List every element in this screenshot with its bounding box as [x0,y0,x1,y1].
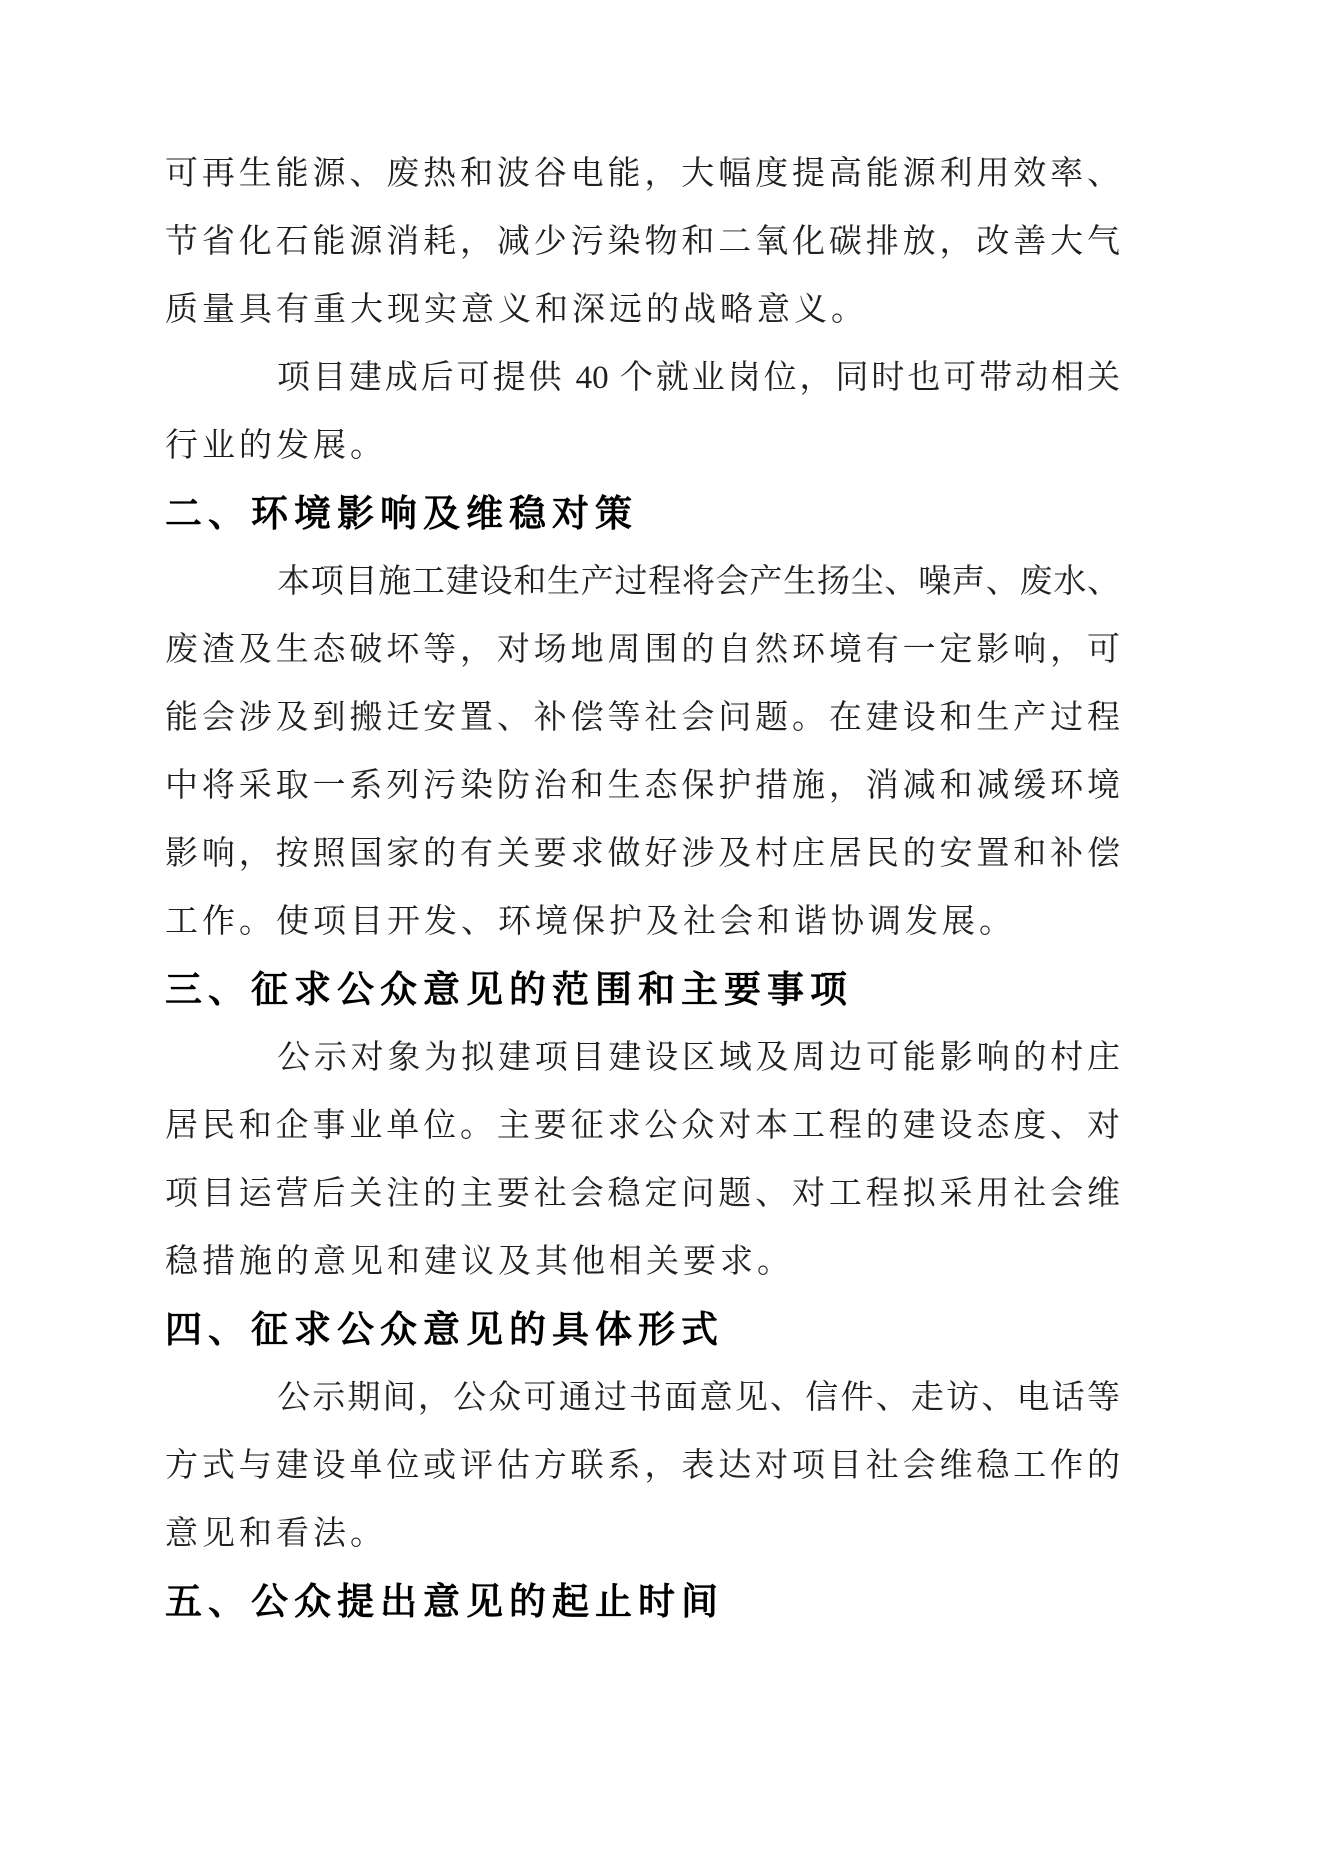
body-line: 质量具有重大现实意义和深远的战略意义。 [165,276,1120,344]
section-heading-5: 五、公众提出意见的起止时间 [165,1568,1120,1636]
body-line: 中将采取一系列污染防治和生态保护措施，消减和减缓环境 [165,752,1120,820]
body-line: 方式与建设单位或评估方联系，表达对项目社会维稳工作的 [165,1432,1120,1500]
body-line: 稳措施的意见和建议及其他相关要求。 [165,1228,1120,1296]
document-page: 可再生能源、废热和波谷电能，大幅度提高能源利用效率、 节省化石能源消耗，减少污染… [0,0,1322,1870]
body-line: 公示期间，公众可通过书面意见、信件、走访、电话等 [165,1364,1120,1432]
body-line: 影响，按照国家的有关要求做好涉及村庄居民的安置和补偿 [165,820,1120,888]
section-heading-3: 三、征求公众意见的范围和主要事项 [165,956,1120,1024]
body-line: 公示对象为拟建项目建设区域及周边可能影响的村庄 [165,1024,1120,1092]
body-line: 可再生能源、废热和波谷电能，大幅度提高能源利用效率、 [165,140,1120,208]
body-line: 工作。使项目开发、环境保护及社会和谐协调发展。 [165,888,1120,956]
body-line: 项目运营后关注的主要社会稳定问题、对工程拟采用社会维 [165,1160,1120,1228]
body-line: 节省化石能源消耗，减少污染物和二氧化碳排放，改善大气 [165,208,1120,276]
body-line: 本项目施工建设和生产过程将会产生扬尘、噪声、废水、 [165,548,1120,616]
body-line: 项目建成后可提供 40 个就业岗位，同时也可带动相关 [165,344,1120,412]
section-heading-4: 四、征求公众意见的具体形式 [165,1296,1120,1364]
section-heading-2: 二、环境影响及维稳对策 [165,480,1120,548]
body-line: 居民和企事业单位。主要征求公众对本工程的建设态度、对 [165,1092,1120,1160]
body-line: 意见和看法。 [165,1500,1120,1568]
document-body: 可再生能源、废热和波谷电能，大幅度提高能源利用效率、 节省化石能源消耗，减少污染… [165,140,1120,1636]
body-line: 能会涉及到搬迁安置、补偿等社会问题。在建设和生产过程 [165,684,1120,752]
body-line: 废渣及生态破坏等，对场地周围的自然环境有一定影响，可 [165,616,1120,684]
body-line: 行业的发展。 [165,412,1120,480]
